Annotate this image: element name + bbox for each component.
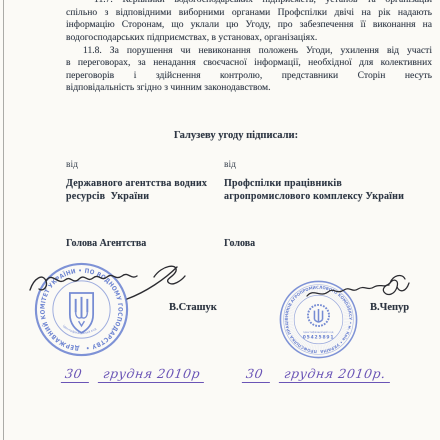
org-line: агропромислового комплексу України: [224, 190, 438, 203]
paragraph-line: відповідальність згідно з чинним законод…: [66, 82, 432, 94]
paragraph-11-8: 11.8. За порушення чи невиконання положе…: [66, 45, 432, 95]
date-right: 30грудня 2010р.: [242, 366, 392, 383]
paragraph-line: переговорів і здійснення контролю, предс…: [66, 70, 432, 82]
signing-heading: Галузеву угоду підписали:: [66, 130, 406, 141]
paragraph-line: 11.7. Керівники водогосподарських підпри…: [66, 0, 432, 6]
signature-right-strokes: [307, 276, 409, 296]
org-name-right: Профспілки працівників агропромислового …: [224, 177, 438, 203]
date-left: 30грудня 2010р: [61, 366, 206, 383]
paragraph-line: 11.8. За порушення чи невиконання положе…: [66, 45, 432, 57]
date-day: 30: [61, 366, 91, 383]
signer-title-right: Голова: [224, 238, 255, 249]
from-label-left: від: [66, 160, 78, 170]
from-label-right: від: [224, 160, 236, 170]
date-rest: грудня 2010р.: [279, 366, 392, 383]
document-page: 11.7. Керівники водогосподарських підпри…: [0, 0, 440, 440]
paragraph-11-7-cut-line: 11.7. Керівники водогосподарських підпри…: [66, 0, 432, 7]
date-day: 30: [242, 366, 272, 383]
org-line: Профспілки працівників: [224, 177, 438, 190]
org-line: Державного агентства водних: [66, 177, 221, 190]
left-stamp-code-label: Ідентифікаційний код: [62, 324, 98, 335]
right-stamp-code-label: Ідентифікаційний код: [304, 330, 334, 334]
org-line: ресурсів України: [66, 190, 221, 203]
scan-edge-line: [3, 0, 4, 440]
signature-right: [303, 268, 411, 310]
signature-left: [24, 256, 190, 304]
org-name-left: Державного агентства водних ресурсів Укр…: [66, 177, 221, 203]
paragraph-11-7: спільно з відповідними виборними органам…: [66, 7, 432, 44]
date-rest: грудня 2010р: [98, 366, 206, 383]
signer-title-left: Голова Агентства: [66, 238, 146, 249]
paragraph-line: спільно з відповідними виборними органам…: [66, 7, 432, 19]
signature-left-strokes: [30, 266, 185, 299]
paragraph-line: інформацію Сторонам, що уклали цю Угоду,…: [66, 19, 432, 31]
right-stamp-code: 05425891: [303, 335, 335, 341]
paragraph-line: в переговорах, за ненадання своєчасної і…: [66, 57, 432, 69]
paragraph-line: водогосподарських підприємствах, в устан…: [66, 32, 432, 44]
svg-text:Ідентифікаційний код: Ідентифікаційний код: [62, 324, 98, 335]
